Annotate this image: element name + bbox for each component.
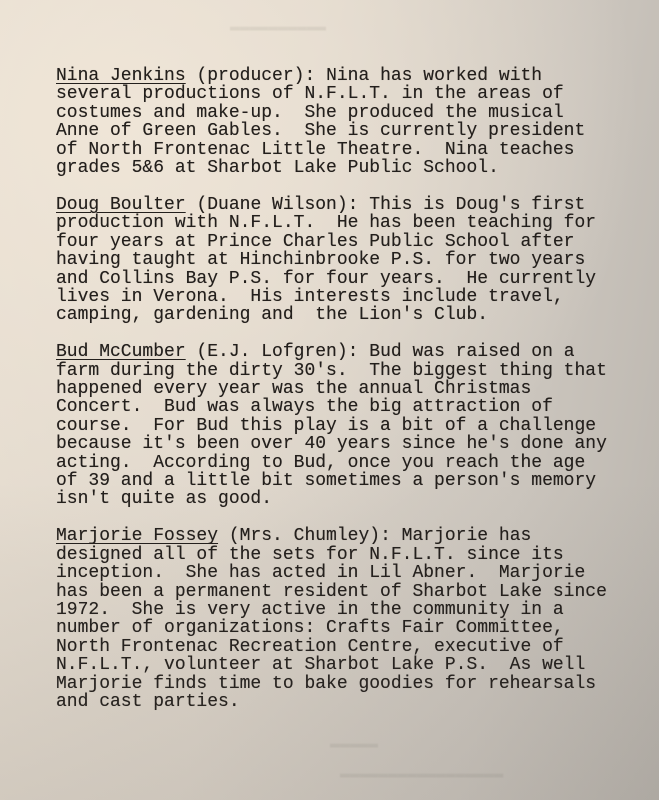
- bio-nina-jenkins: Nina Jenkins (producer): Nina has worked…: [56, 67, 646, 177]
- bio-text: and Collins Bay P.S. for four years. He …: [56, 270, 646, 288]
- bio-text: farm during the dirty 30's. The biggest …: [56, 362, 646, 380]
- bio-text: Anne of Green Gables. She is currently p…: [56, 122, 646, 140]
- bio-text: Nina has worked with: [315, 66, 542, 86]
- bleed-through-text: ▬▬▬▬▬▬▬▬▬▬▬▬▬▬▬▬▬: [340, 765, 503, 783]
- bio-text: Concert. Bud was always the big attracti…: [56, 398, 646, 416]
- bio-name: Bud McCumber: [56, 342, 186, 362]
- bio-text: happened every year was the annual Chris…: [56, 380, 646, 398]
- scanned-page: ▬▬▬▬▬▬▬▬▬▬ ▬▬▬▬▬ ▬▬▬▬▬▬▬▬▬▬▬▬▬▬▬▬▬ Nina …: [0, 0, 659, 800]
- bio-role: (E.J. Lofgren):: [196, 342, 358, 362]
- bio-text: acting. According to Bud, once you reach…: [56, 454, 646, 472]
- bio-text: having taught at Hinchinbrooke P.S. for …: [56, 251, 646, 269]
- bio-text: because it's been over 40 years since he…: [56, 435, 646, 453]
- bleed-through-text: ▬▬▬▬▬: [330, 735, 378, 753]
- bio-text: costumes and make-up. She produced the m…: [56, 104, 646, 122]
- bio-text: inception. She has acted in Lil Abner. M…: [56, 564, 646, 582]
- bio-text: four years at Prince Charles Public Scho…: [56, 233, 646, 251]
- bleed-through-text: ▬▬▬▬▬▬▬▬▬▬: [230, 18, 326, 36]
- bio-text: isn't quite as good.: [56, 490, 646, 508]
- bio-name: Nina Jenkins: [56, 66, 186, 86]
- bio-text: and cast parties.: [56, 693, 646, 711]
- bio-text: has been a permanent resident of Sharbot…: [56, 583, 646, 601]
- bio-bud-mccumber: Bud McCumber (E.J. Lofgren): Bud was rai…: [56, 343, 646, 509]
- bio-text: course. For Bud this play is a bit of a …: [56, 417, 646, 435]
- bio-role: (producer):: [196, 66, 315, 86]
- bio-text: 1972. She is very active in the communit…: [56, 601, 646, 619]
- document-body: Nina Jenkins (producer): Nina has worked…: [56, 67, 646, 730]
- bio-text: several productions of N.F.L.T. in the a…: [56, 85, 646, 103]
- bio-text: N.F.L.T., volunteer at Sharbot Lake P.S.…: [56, 656, 646, 674]
- bio-text: grades 5&6 at Sharbot Lake Public School…: [56, 159, 646, 177]
- bio-text: This is Doug's first: [358, 195, 585, 215]
- bio-role: (Mrs. Chumley):: [229, 526, 391, 546]
- bio-text: production with N.F.L.T. He has been tea…: [56, 214, 646, 232]
- bio-text: Marjorie finds time to bake goodies for …: [56, 675, 646, 693]
- bio-name: Doug Boulter: [56, 195, 186, 215]
- bio-text: number of organizations: Crafts Fair Com…: [56, 619, 646, 637]
- bio-text: camping, gardening and the Lion's Club.: [56, 306, 646, 324]
- bio-marjorie-fossey: Marjorie Fossey (Mrs. Chumley): Marjorie…: [56, 527, 646, 711]
- bio-doug-boulter: Doug Boulter (Duane Wilson): This is Dou…: [56, 196, 646, 325]
- bio-text: of 39 and a little bit sometimes a perso…: [56, 472, 646, 490]
- bio-text: Marjorie has: [391, 526, 531, 546]
- bio-text: designed all of the sets for N.F.L.T. si…: [56, 546, 646, 564]
- bio-text: of North Frontenac Little Theatre. Nina …: [56, 141, 646, 159]
- bio-text: lives in Verona. His interests include t…: [56, 288, 646, 306]
- bio-role: (Duane Wilson):: [196, 195, 358, 215]
- bio-text: Bud was raised on a: [358, 342, 574, 362]
- bio-text: North Frontenac Recreation Centre, execu…: [56, 638, 646, 656]
- bio-name: Marjorie Fossey: [56, 526, 218, 546]
